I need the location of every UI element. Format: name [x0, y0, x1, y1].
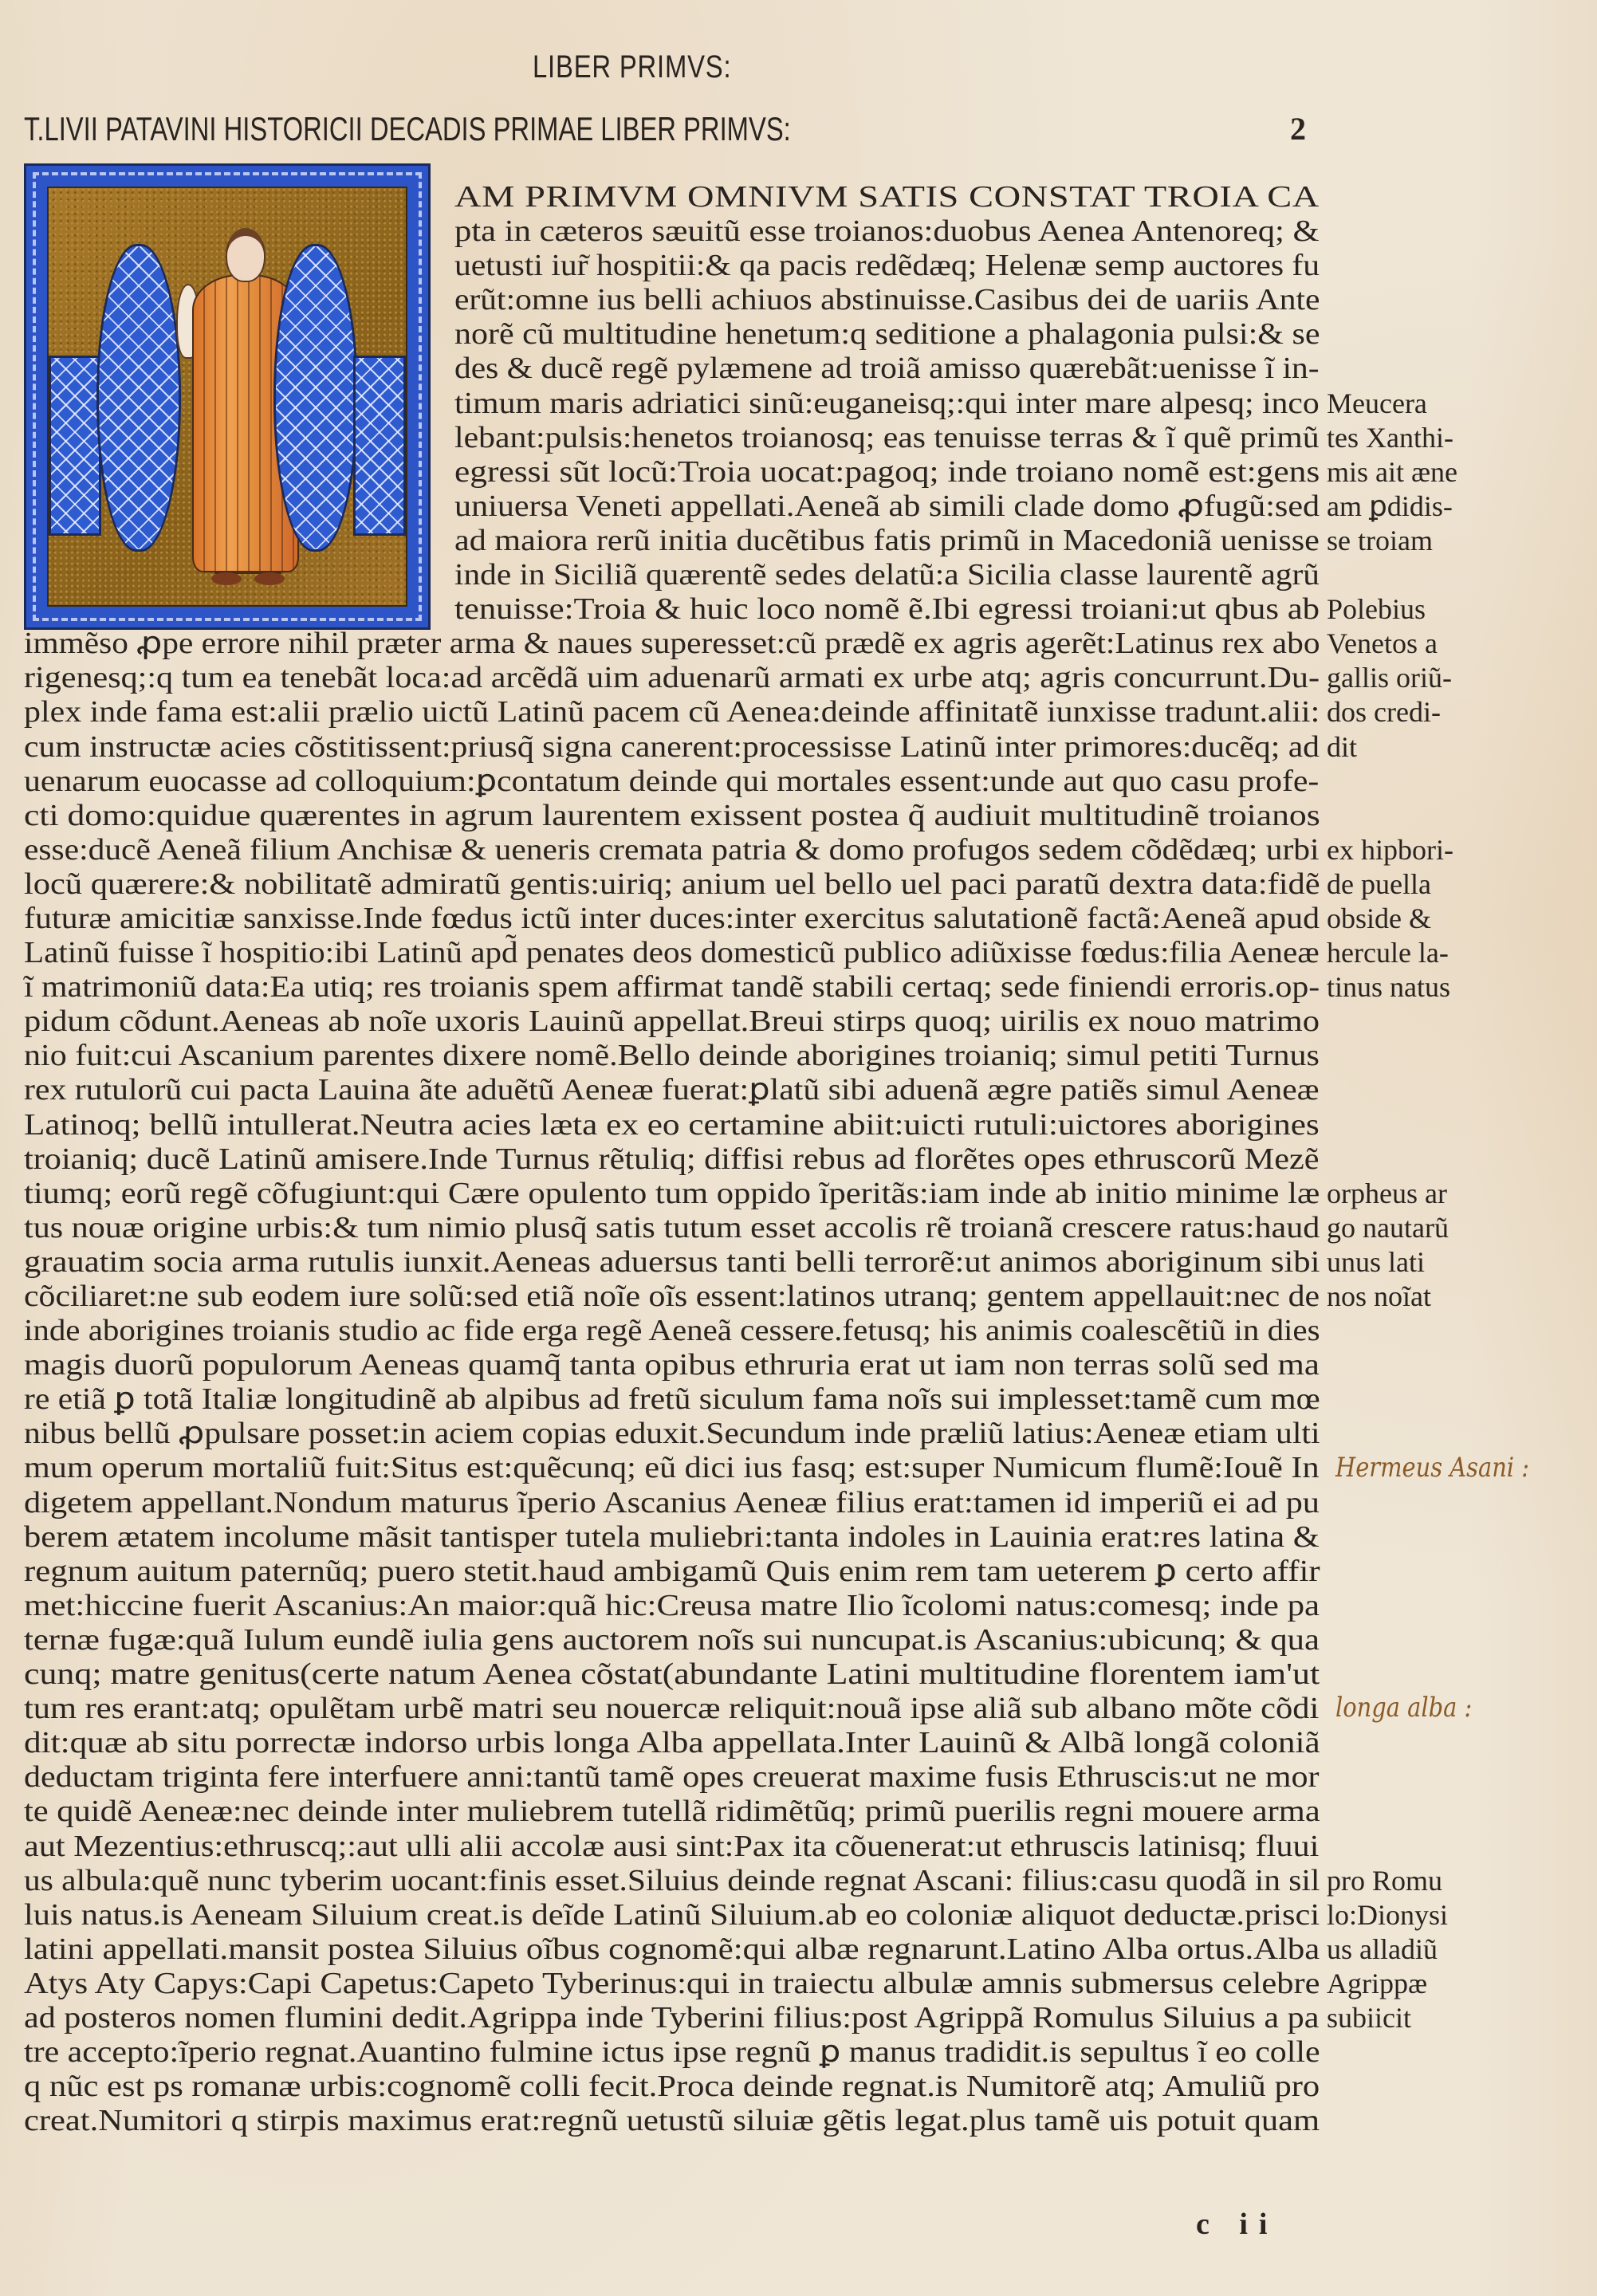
text-line-content: Latinoq; bellũ intullerat.Neutra acies l…: [24, 1108, 1320, 1142]
text-line: dit:quæ ab situ porrectæ indorso urbis l…: [24, 1726, 1320, 1760]
text-line-content: erũt:omne ius belli achiuos abstinuisse.…: [454, 283, 1320, 317]
text-line: deductam triginta fere interfuere anni:t…: [24, 1760, 1320, 1795]
text-line-content: digetem appellant.Nondum maturus ĩperio …: [24, 1486, 1320, 1520]
handwritten-note: Hermeus Asani :: [1335, 1452, 1529, 1484]
text-line: Latinoq; bellũ intullerat.Neutra acies l…: [24, 1108, 1320, 1142]
text-line-content: met:hiccine fuerit Ascanius:An maior:quã…: [24, 1589, 1320, 1623]
text-line: re etiã ꝑ totã Italiæ longitudinẽ ab alp…: [24, 1382, 1320, 1417]
text-line: uniuersa Veneti appellati.Aeneã ab simil…: [24, 489, 1320, 524]
body-text: AM PRIMVM OMNIVM SATIS CONSTAT TROIA CAp…: [24, 180, 1320, 2138]
title-line: T.LIVII PATAVINI HISTORICII DECADIS PRIM…: [24, 110, 1316, 148]
text-line: grauatim socia arma rutulis iunxit.Aenea…: [24, 1245, 1320, 1280]
text-line-content: cum instructæ acies cõstitissent:priusq̃…: [24, 730, 1320, 765]
text-line: nibus bellũ ꝓpulsare posset:in aciem cop…: [24, 1417, 1320, 1451]
text-line-content: ad maiora rerũ initia ducẽtibus fatis pr…: [454, 524, 1320, 558]
book-title: T.LIVII PATAVINI HISTORICII DECADIS PRIM…: [24, 110, 791, 148]
text-line: inde aborigines troianis studio ac fide …: [24, 1314, 1320, 1348]
text-line: erũt:omne ius belli achiuos abstinuisse.…: [24, 283, 1320, 317]
text-line: egressi sũt locũ:Troia uocat:pagoq; inde…: [24, 455, 1320, 489]
text-line: mum operum mortaliũ fuit:Situs est:quẽcu…: [24, 1451, 1320, 1485]
text-line: te quidẽ Aeneæ:nec deinde inter muliebre…: [24, 1795, 1320, 1829]
text-line-content: tus nouæ origine urbis:& tum nimio plusq…: [24, 1211, 1320, 1245]
text-line: pta in cæteros sæuitũ esse troianos:duob…: [24, 214, 1320, 249]
text-line: inde in Siciliã quærentẽ sedes delatũ:a …: [24, 558, 1320, 592]
text-line: uenarum euocasse ad colloquium:ꝑcontatum…: [24, 765, 1320, 799]
text-line-content: inde aborigines troianis studio ac fide …: [24, 1314, 1320, 1348]
text-line-content: cunq; matre genitus(certe natum Aenea cõ…: [24, 1657, 1320, 1692]
text-line: troianiq; ducẽ Latinũ amisere.Inde Turnu…: [24, 1142, 1320, 1177]
margin-note: ex hipbori- de puella obside & hercule l…: [1327, 833, 1453, 1005]
text-line: ad maiora rerũ initia ducẽtibus fatis pr…: [24, 524, 1320, 558]
text-line-content: esse:ducẽ Aeneã filium Anchisæ & ueneris…: [24, 833, 1319, 867]
text-line-content: plex inde fama est:alii prælio uictũ Lat…: [24, 695, 1320, 729]
text-line: met:hiccine fuerit Ascanius:An maior:quã…: [24, 1589, 1320, 1623]
text-line-content: uenarum euocasse ad colloquium:ꝑcontatum…: [24, 765, 1319, 799]
text-line: tenuisse:Troia & huic loco nomẽ ẽ.Ibi eg…: [24, 592, 1320, 627]
text-line: latini appellati.mansit postea Siluius o…: [24, 1932, 1320, 1967]
text-line-content: latini appellati.mansit postea Siluius o…: [24, 1932, 1320, 1967]
text-line-content: tum res erant:atq; opulẽtam urbẽ matri s…: [24, 1692, 1319, 1726]
text-line: creat.Numitori q stirpis maximus erat:re…: [24, 2104, 1320, 2138]
text-line-content: pidum cõdunt.Aeneas ab noĩe uxoris Lauin…: [24, 1005, 1320, 1039]
text-line-content: us albula:quẽ nunc tyberim uocant:finis …: [24, 1864, 1320, 1898]
text-line-content: norẽ cũ multitudine henetum:q seditione …: [454, 317, 1320, 352]
text-line: locũ quærere:& nobilitatẽ admiratũ genti…: [24, 867, 1320, 902]
text-line: us albula:quẽ nunc tyberim uocant:finis …: [24, 1864, 1320, 1898]
text-line-content: regnum auitum paternũq; puero stetit.hau…: [24, 1555, 1320, 1589]
text-line: tiumq; eorũ regẽ cõfugiunt:qui Cære opul…: [24, 1177, 1320, 1211]
text-line: aut Mezentius:ethruscq;:aut ulli alii ac…: [24, 1830, 1320, 1864]
text-line: regnum auitum paternũq; puero stetit.hau…: [24, 1555, 1320, 1589]
text-line-content: uetusti iur̃ hospitii:& qa pacis redẽdæq…: [454, 249, 1320, 283]
text-line: timum maris adriatici sinũ:euganeisq;:qu…: [24, 387, 1320, 421]
text-line: q nũc est ps romanæ urbis:cognomẽ colli …: [24, 2070, 1320, 2104]
text-line: berem ætatem incolume mãsit tantisper tu…: [24, 1520, 1320, 1555]
text-line-content: AM PRIMVM OMNIVM SATIS CONSTAT TROIA CA: [454, 180, 1320, 214]
text-line-content: nibus bellũ ꝓpulsare posset:in aciem cop…: [24, 1417, 1320, 1451]
text-line-content: mum operum mortaliũ fuit:Situs est:quẽcu…: [24, 1451, 1320, 1485]
text-line-content: rigenesq;:q tum ea tenebãt loca:ad arcẽd…: [24, 661, 1320, 695]
text-line-content: magis duorũ populorum Aeneas quamq̃ tant…: [24, 1348, 1320, 1382]
text-line-content: inde in Siciliã quærentẽ sedes delatũ:a …: [454, 558, 1320, 592]
text-line-content: q nũc est ps romanæ urbis:cognomẽ colli …: [24, 2070, 1320, 2104]
text-line: des & ducẽ regẽ pylæmene ad troiã amisso…: [24, 352, 1320, 386]
text-line-content: tre accepto:ĩperio regnat.Auantino fulmi…: [24, 2035, 1320, 2070]
text-line: nio fuit:cui Ascanium parentes dixere no…: [24, 1039, 1320, 1073]
text-line: cõciliaret:ne sub eodem iure solũ:sed et…: [24, 1280, 1320, 1314]
text-line: digetem appellant.Nondum maturus ĩperio …: [24, 1486, 1320, 1520]
text-line-content: creat.Numitori q stirpis maximus erat:re…: [24, 2104, 1320, 2138]
text-line: ĩ matrimoniũ data:Ea utiq; res troianis …: [24, 970, 1320, 1005]
text-line-content: des & ducẽ regẽ pylæmene ad troiã amisso…: [454, 352, 1320, 386]
handwritten-note: longa alba :: [1335, 1692, 1472, 1724]
signature-mark: c ii: [1196, 2207, 1278, 2242]
text-line: norẽ cũ multitudine henetum:q seditione …: [24, 317, 1320, 352]
text-line: tus nouæ origine urbis:& tum nimio plusq…: [24, 1211, 1320, 1245]
text-line: tre accepto:ĩperio regnat.Auantino fulmi…: [24, 2035, 1320, 2070]
folio-number: 2: [1290, 110, 1306, 147]
text-line-content: Latinũ fuisse ĩ hospitio:ibi Latinũ apd̃…: [24, 936, 1320, 970]
text-line-content: timum maris adriatici sinũ:euganeisq;:qu…: [454, 387, 1320, 421]
margin-note: orpheus ar go nautarũ unus lati nos noĩa…: [1327, 1177, 1449, 1314]
text-line: esse:ducẽ Aeneã filium Anchisæ & ueneris…: [24, 833, 1320, 867]
text-line: cunq; matre genitus(certe natum Aenea cõ…: [24, 1657, 1320, 1692]
text-line-content: grauatim socia arma rutulis iunxit.Aenea…: [24, 1245, 1320, 1280]
text-line-content: pta in cæteros sæuitũ esse troianos:duob…: [454, 214, 1320, 249]
text-line-content: Atys Aty Capys:Capi Capetus:Capeto Tyber…: [24, 1967, 1320, 2001]
text-line-content: ĩ matrimoniũ data:Ea utiq; res troianis …: [24, 970, 1320, 1005]
text-line-content: nio fuit:cui Ascanium parentes dixere no…: [24, 1039, 1320, 1073]
text-line: Latinũ fuisse ĩ hospitio:ibi Latinũ apd̃…: [24, 936, 1320, 970]
text-line: rigenesq;:q tum ea tenebãt loca:ad arcẽd…: [24, 661, 1320, 695]
text-line: lebant:pulsis:henetos troianosq; eas ten…: [24, 421, 1320, 455]
text-line-content: deductam triginta fere interfuere anni:t…: [24, 1760, 1319, 1795]
text-line-content: uniuersa Veneti appellati.Aeneã ab simil…: [454, 489, 1320, 524]
text-line-content: tiumq; eorũ regẽ cõfugiunt:qui Cære opul…: [24, 1177, 1320, 1211]
text-line: tum res erant:atq; opulẽtam urbẽ matri s…: [24, 1692, 1320, 1726]
text-line-content: re etiã ꝑ totã Italiæ longitudinẽ ab alp…: [24, 1382, 1320, 1417]
text-line-content: immẽso ꝓpe errore nihil præter arma & na…: [24, 627, 1320, 661]
text-line: AM PRIMVM OMNIVM SATIS CONSTAT TROIA CA: [24, 180, 1320, 214]
text-line: futuræ amicitiæ sanxisse.Inde fœdus ictũ…: [24, 902, 1320, 936]
text-line-content: futuræ amicitiæ sanxisse.Inde fœdus ictũ…: [24, 902, 1320, 936]
margin-note: Polebius Venetos a gallis oriũ- dos cred…: [1327, 592, 1452, 764]
text-line-content: rex rutulorũ cui pacta Lauina ãte aduẽtũ…: [24, 1073, 1320, 1107]
text-line: immẽso ꝓpe errore nihil præter arma & na…: [24, 627, 1320, 661]
text-line-content: egressi sũt locũ:Troia uocat:pagoq; inde…: [454, 455, 1320, 489]
text-line: Atys Aty Capys:Capi Capetus:Capeto Tyber…: [24, 1967, 1320, 2001]
text-line-content: tenuisse:Troia & huic loco nomẽ ẽ.Ibi eg…: [454, 592, 1320, 627]
running-head: LIBER PRIMVS:: [533, 49, 731, 85]
text-line-content: ternæ fugæ:quã Iulum eundẽ iulia gens au…: [24, 1623, 1320, 1657]
text-line: rex rutulorũ cui pacta Lauina ãte aduẽtũ…: [24, 1073, 1320, 1107]
text-line: plex inde fama est:alii prælio uictũ Lat…: [24, 695, 1320, 729]
text-line: uetusti iur̃ hospitii:& qa pacis redẽdæq…: [24, 249, 1320, 283]
text-line-content: cõciliaret:ne sub eodem iure solũ:sed et…: [24, 1280, 1320, 1314]
text-line-content: lebant:pulsis:henetos troianosq; eas ten…: [454, 421, 1320, 455]
text-line: cum instructæ acies cõstitissent:priusq̃…: [24, 730, 1320, 765]
text-line-content: berem ætatem incolume mãsit tantisper tu…: [24, 1520, 1320, 1555]
text-line-content: locũ quærere:& nobilitatẽ admiratũ genti…: [24, 867, 1320, 902]
text-line-content: cti domo:quidue quærentes in agrum laure…: [24, 799, 1320, 833]
text-line-content: te quidẽ Aeneæ:nec deinde inter muliebre…: [24, 1795, 1320, 1829]
text-line: ternæ fugæ:quã Iulum eundẽ iulia gens au…: [24, 1623, 1320, 1657]
text-line-content: luis natus.is Aeneam Siluium creat.is de…: [24, 1898, 1320, 1932]
text-line-content: ad posteros nomen flumini dedit.Agrippa …: [24, 2001, 1319, 2035]
text-line: cti domo:quidue quærentes in agrum laure…: [24, 799, 1320, 833]
text-line: magis duorũ populorum Aeneas quamq̃ tant…: [24, 1348, 1320, 1382]
text-line: luis natus.is Aeneam Siluium creat.is de…: [24, 1898, 1320, 1932]
margin-note: Meucera tes Xanthi- mis ait æne am ꝑdidi…: [1327, 387, 1457, 558]
text-line-content: troianiq; ducẽ Latinũ amisere.Inde Turnu…: [24, 1142, 1319, 1177]
text-line-content: dit:quæ ab situ porrectæ indorso urbis l…: [24, 1726, 1320, 1760]
margin-note: pro Romu lo:Dionysi us alladiũ Agrippæ s…: [1327, 1864, 1448, 2035]
text-line: pidum cõdunt.Aeneas ab noĩe uxoris Lauin…: [24, 1005, 1320, 1039]
text-line: ad posteros nomen flumini dedit.Agrippa …: [24, 2001, 1320, 2035]
text-line-content: aut Mezentius:ethruscq;:aut ulli alii ac…: [24, 1830, 1319, 1864]
